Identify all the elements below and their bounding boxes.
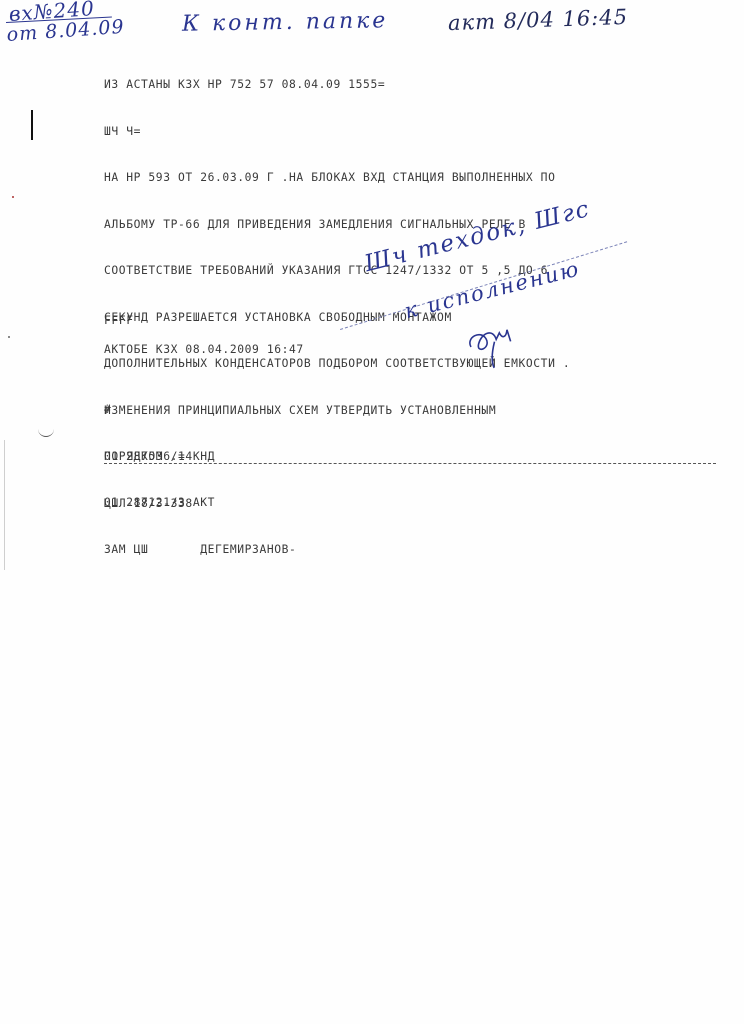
- handwritten-file-note: К конт. папке: [182, 8, 389, 37]
- handwritten-act-note: акт 8/04 16:45: [448, 5, 629, 35]
- scanned-telegram-page: вх№240 от 8.04.09 К конт. папке акт 8/04…: [0, 0, 744, 1024]
- telegram-signer-line: ЗАМ ЦШ ДЕГЕМИРЗАНОВ-: [104, 542, 570, 558]
- scan-artifact-bar: [31, 110, 33, 140]
- delivery-ref: 01 287121/3 АКТ: [104, 495, 215, 511]
- telegram-received-at: АКТОБЕ КЗХ 08.04.2009 16:47: [104, 342, 304, 358]
- delivery-ref: 01 287536/14КНД: [104, 449, 215, 465]
- signer-name: ДЕГЕМИРЗАНОВ-: [200, 543, 296, 556]
- handwritten-signature: [462, 318, 529, 380]
- telegram-header-line: ИЗ АСТАНЫ КЗХ НР 752 57 08.04.09 1555=: [104, 77, 570, 93]
- signer-gap: [148, 543, 200, 556]
- tear-off-dashed-rule: [104, 463, 716, 464]
- signer-title: ЗАМ ЦШ: [104, 543, 148, 556]
- scan-artifact-edge: [4, 440, 5, 570]
- telegram-addressee-line: ШЧ Ч=: [104, 124, 570, 140]
- telegram-end-marker: FFFF: [104, 313, 134, 329]
- signature-scribble-icon: [462, 318, 528, 374]
- telegram-delivery-refs: # 01 287536/14КНД 01 287121/3 АКТ: [104, 371, 215, 542]
- scan-artifact-dot: [8, 336, 10, 338]
- telegram-body-line: НА НР 593 ОТ 26.03.09 Г .НА БЛОКАХ ВХД С…: [104, 170, 570, 186]
- scan-artifact-dot: [12, 196, 14, 198]
- scan-artifact-curl: [38, 424, 54, 437]
- hash-marker: #: [104, 402, 215, 418]
